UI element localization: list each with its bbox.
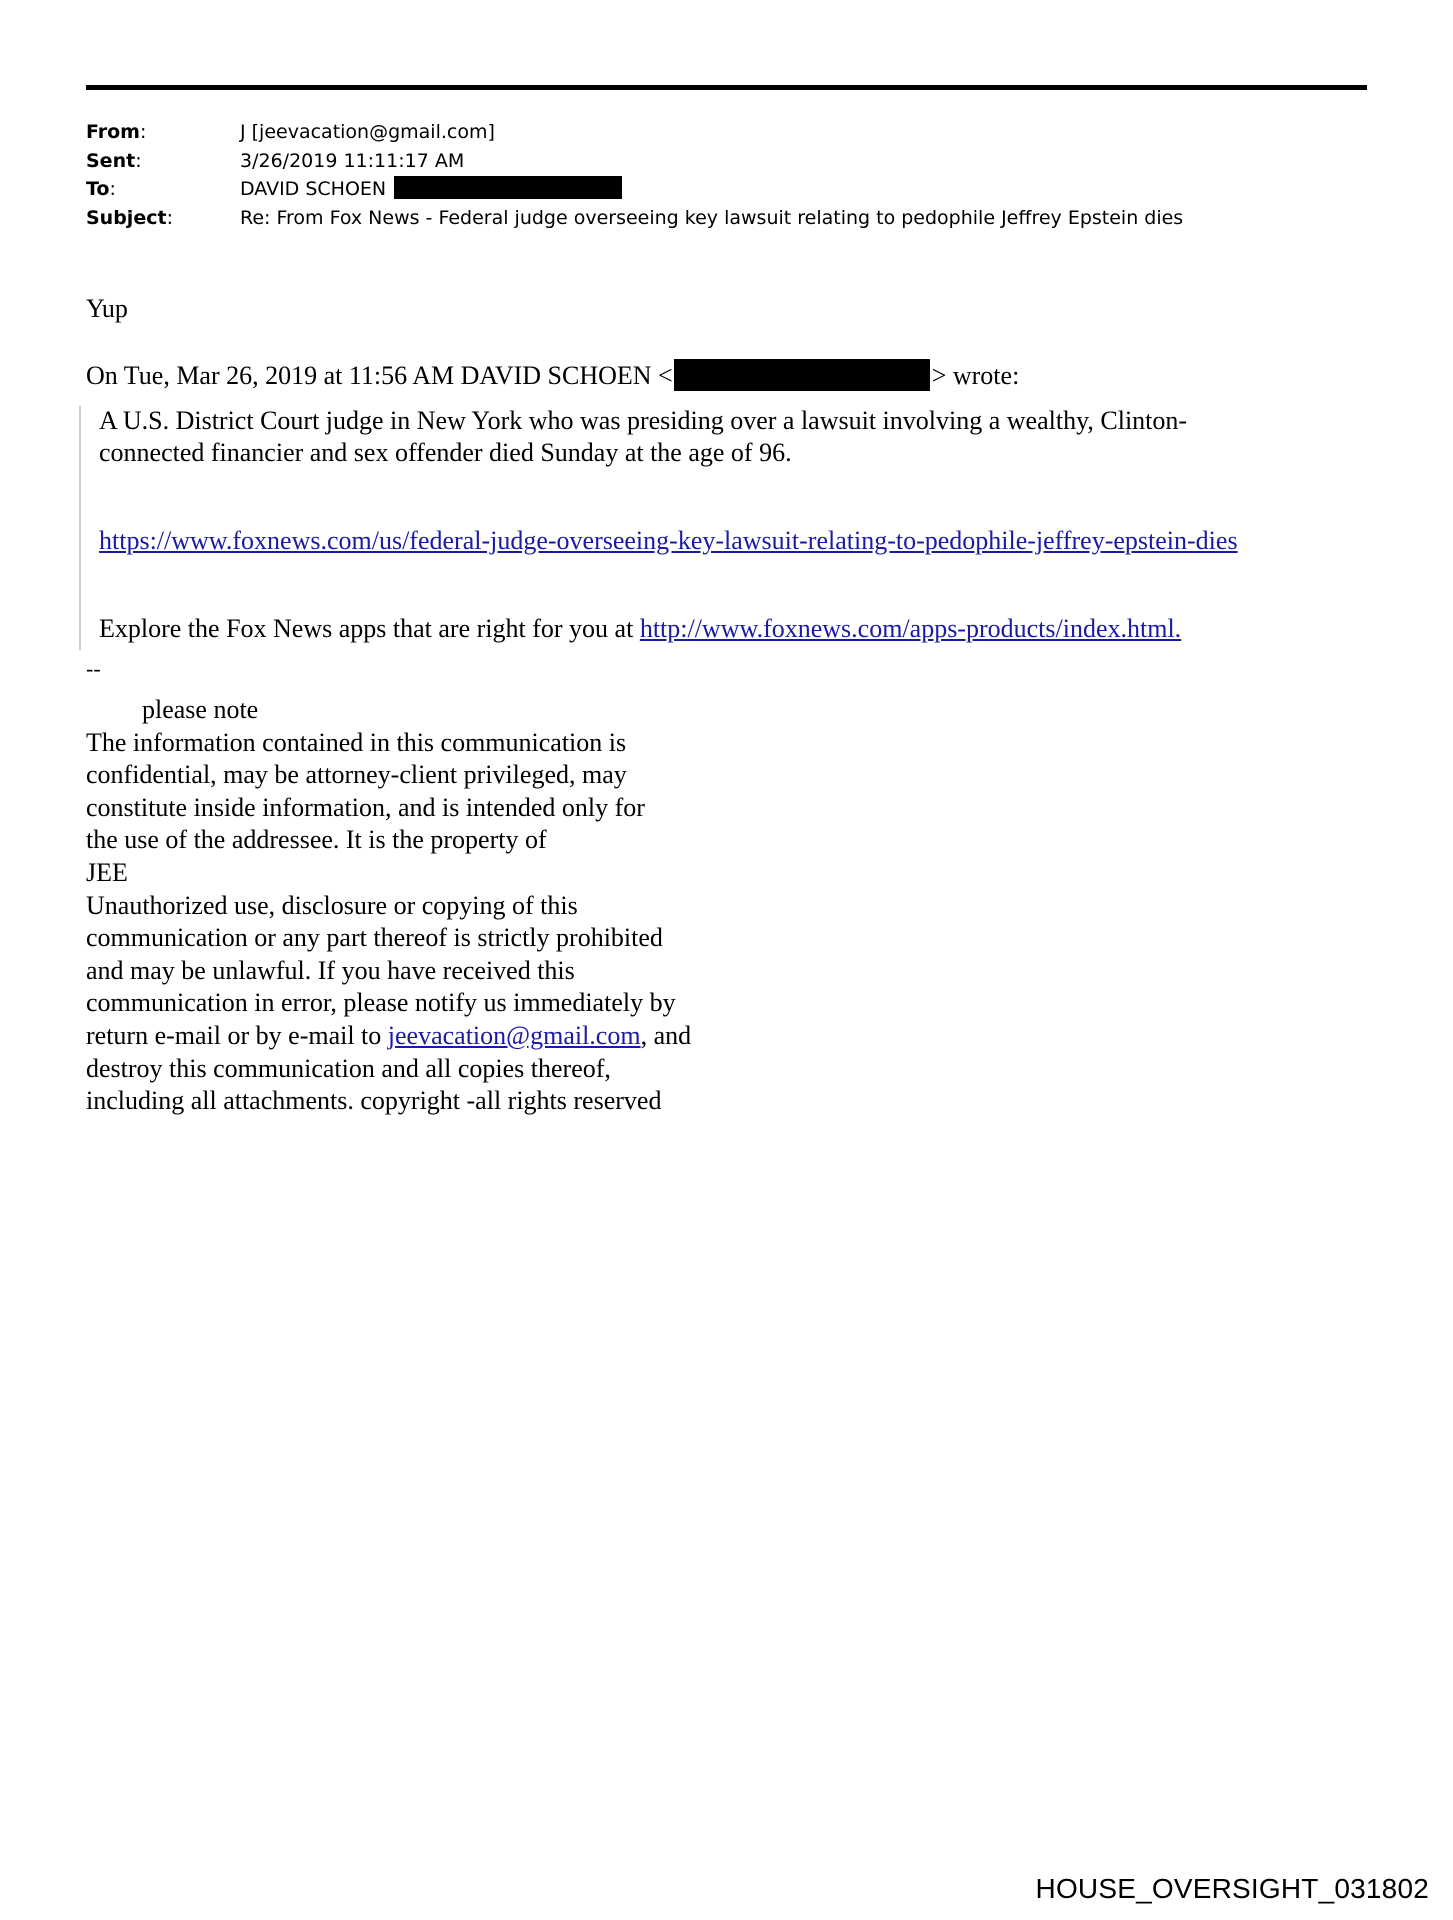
reply-text: Yup bbox=[86, 294, 128, 324]
disclaimer-line: communication in error, please notify us… bbox=[86, 987, 691, 1020]
attribution-suffix: > wrote: bbox=[932, 361, 1020, 390]
to-row: To: DAVID SCHOEN bbox=[86, 175, 1183, 204]
disclaimer-line: The information contained in this commun… bbox=[86, 727, 691, 760]
disclaimer-line: destroy this communication and all copie… bbox=[86, 1053, 691, 1086]
to-value: DAVID SCHOEN bbox=[240, 175, 622, 204]
sent-value: 3/26/2019 11:11:17 AM bbox=[240, 147, 464, 176]
email-header: From: J [jeevacation@gmail.com] Sent: 3/… bbox=[86, 118, 1183, 232]
sent-label: Sent: bbox=[86, 147, 240, 176]
contact-email-link[interactable]: jeevacation@gmail.com bbox=[388, 1021, 641, 1050]
disclaimer-line: JEE bbox=[86, 857, 691, 890]
subject-row: Subject: Re: From Fox News - Federal jud… bbox=[86, 204, 1183, 233]
from-value: J [jeevacation@gmail.com] bbox=[240, 118, 495, 147]
article-link[interactable]: https://www.foxnews.com/us/federal-judge… bbox=[99, 526, 1238, 555]
return-suffix: , and bbox=[641, 1021, 692, 1050]
signature-separator: -- bbox=[86, 656, 101, 682]
redaction-box bbox=[674, 359, 930, 391]
sent-row: Sent: 3/26/2019 11:11:17 AM bbox=[86, 147, 1183, 176]
quoted-message: A U.S. District Court judge in New York … bbox=[79, 406, 1451, 650]
disclaimer-line: Unauthorized use, disclosure or copying … bbox=[86, 890, 691, 923]
disclaimer-line: the use of the addressee. It is the prop… bbox=[86, 824, 691, 857]
to-label: To: bbox=[86, 175, 240, 204]
disclaimer-line: and may be unlawful. If you have receive… bbox=[86, 955, 691, 988]
disclaimer-line: confidential, may be attorney-client pri… bbox=[86, 759, 691, 792]
disclaimer-line: communication or any part thereof is str… bbox=[86, 922, 691, 955]
disclaimer-line: constitute inside information, and is in… bbox=[86, 792, 691, 825]
please-note: please note bbox=[86, 694, 691, 727]
apps-text: Explore the Fox News apps that are right… bbox=[99, 614, 640, 643]
subject-value: Re: From Fox News - Federal judge overse… bbox=[240, 204, 1183, 233]
apps-link[interactable]: http://www.foxnews.com/apps-products/ind… bbox=[640, 614, 1181, 643]
quoted-line-2: connected financier and sex offender die… bbox=[99, 438, 792, 468]
quoted-line-1: A U.S. District Court judge in New York … bbox=[99, 406, 1187, 436]
attribution-prefix: On Tue, Mar 26, 2019 at 11:56 AM DAVID S… bbox=[86, 361, 673, 390]
apps-line: Explore the Fox News apps that are right… bbox=[99, 614, 1181, 644]
quote-attribution: On Tue, Mar 26, 2019 at 11:56 AM DAVID S… bbox=[86, 359, 1019, 391]
redaction-box bbox=[394, 176, 622, 199]
disclaimer-line: return e-mail or by e-mail to jeevacatio… bbox=[86, 1020, 691, 1053]
disclaimer-line: including all attachments. copyright -al… bbox=[86, 1085, 691, 1118]
bates-number: HOUSE_OVERSIGHT_031802 bbox=[1036, 1873, 1429, 1905]
return-prefix: return e-mail or by e-mail to bbox=[86, 1021, 388, 1050]
header-rule bbox=[86, 85, 1367, 90]
subject-label: Subject: bbox=[86, 204, 240, 233]
from-row: From: J [jeevacation@gmail.com] bbox=[86, 118, 1183, 147]
article-link-line: https://www.foxnews.com/us/federal-judge… bbox=[99, 526, 1238, 556]
from-label: From: bbox=[86, 118, 240, 147]
confidentiality-disclaimer: please note The information contained in… bbox=[86, 694, 691, 1118]
